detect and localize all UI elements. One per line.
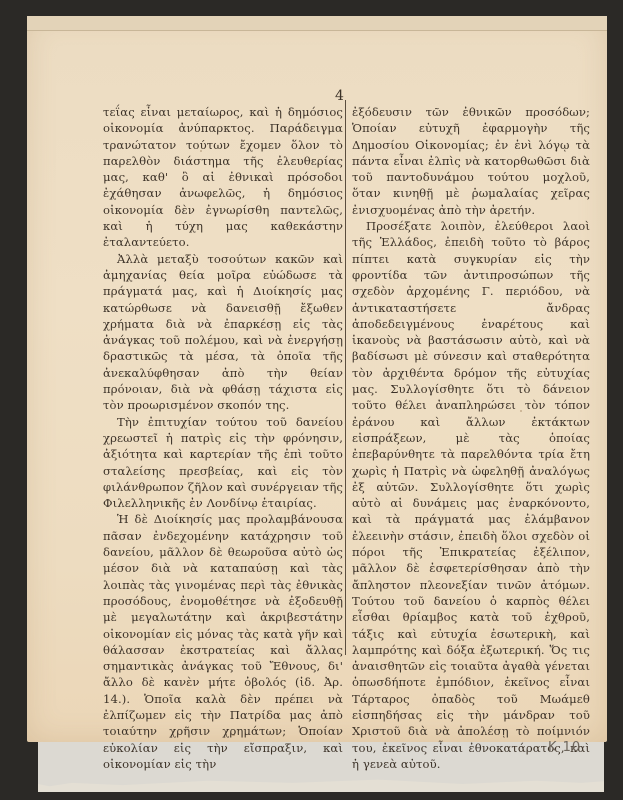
left-text-column: τεΐας εἶναι μεταίωρος, καὶ ἡ δημόσιος οἰ… xyxy=(103,104,343,772)
paragraph: Ἀλλὰ μεταξὺ τοσούτων κακῶν καὶ ἀμηχανίας… xyxy=(103,251,343,414)
column-divider xyxy=(345,100,346,655)
page-number: 4 xyxy=(335,88,344,104)
paragraph: ἐξόδευσιν τῶν ἐθνικῶν προσόδων; Ὁποίαν ε… xyxy=(352,104,590,218)
paragraph: Προσέξατε λοιπὸν, ἐλεύθεροι λαοὶ τῆς Ἑλλ… xyxy=(352,218,590,772)
archive-mark: K 10 xyxy=(548,740,581,755)
paragraph: τεΐας εἶναι μεταίωρος, καὶ ἡ δημόσιος οἰ… xyxy=(103,104,343,251)
paragraph: Τὴν ἐπιτυχίαν τούτου τοῦ δανείου χρεωστε… xyxy=(103,414,343,512)
paragraph: Ἡ δὲ Διοίκησίς μας προλαμβάνουσα πᾶσαν ἐ… xyxy=(103,511,343,772)
bleed-through-text: —————————— ———— xyxy=(440,648,520,672)
page-top-fold xyxy=(27,16,607,31)
